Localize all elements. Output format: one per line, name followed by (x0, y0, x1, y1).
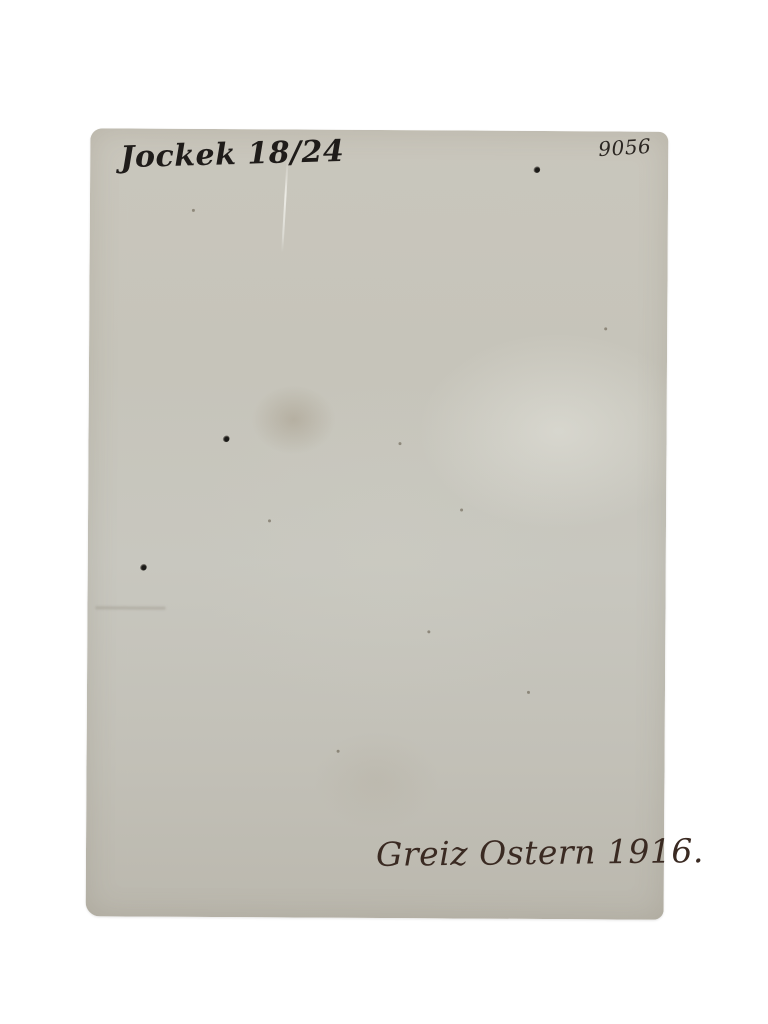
speck (192, 209, 195, 212)
speck (427, 630, 430, 633)
paper-crease (281, 157, 289, 252)
photo-card-back: Jockek 18/24 9056 Greiz Ostern 1916. (86, 128, 669, 920)
handwritten-name-annotation: Jockek 18/24 (120, 134, 345, 175)
speck (268, 519, 271, 522)
pin-hole (533, 166, 540, 173)
speck (460, 509, 463, 512)
handwritten-place-date-annotation: Greiz Ostern 1916. (376, 831, 704, 874)
speck (604, 327, 607, 330)
speck (398, 442, 401, 445)
smudge-mark (95, 606, 165, 609)
speck (527, 691, 530, 694)
speck (337, 750, 340, 753)
pin-hole (140, 564, 147, 571)
handwritten-number-annotation: 9056 (598, 134, 652, 161)
pin-hole (222, 435, 229, 442)
